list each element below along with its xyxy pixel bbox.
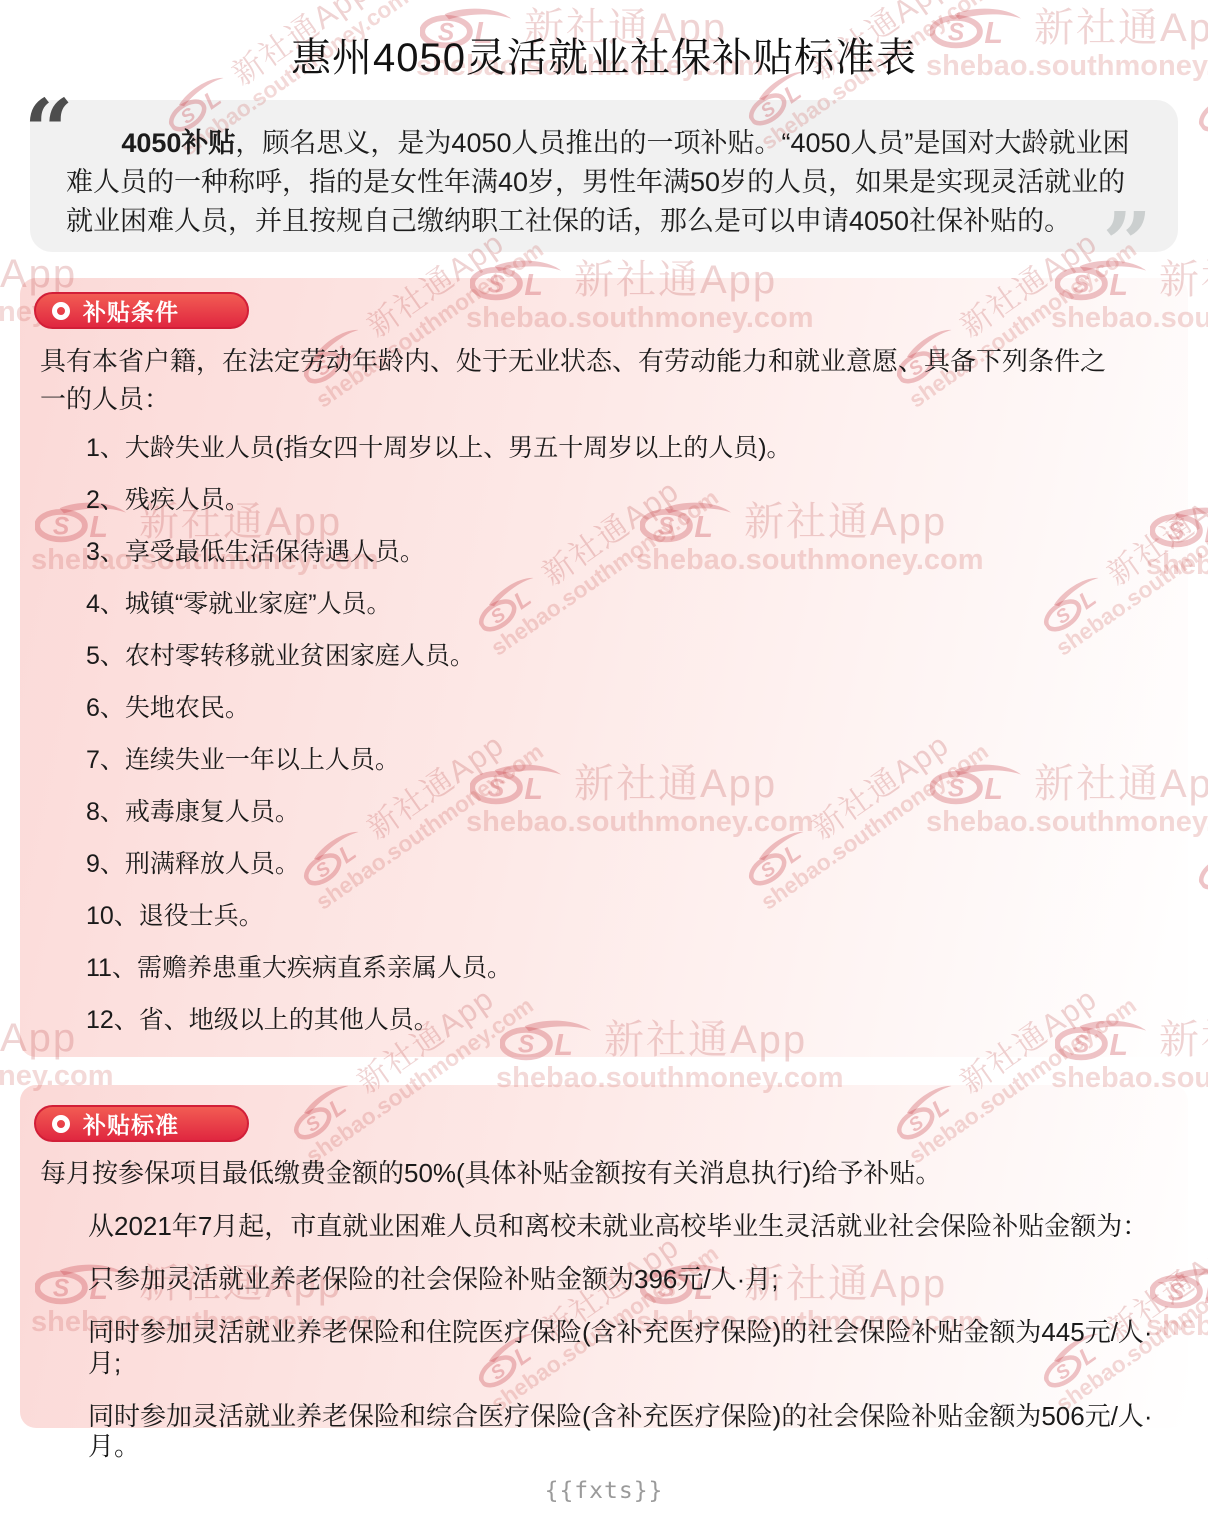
close-quote-icon: ”: [1103, 221, 1152, 268]
conditions-list: 1、大龄失业人员(指女四十周岁以上、男五十周岁以上的人员)。2、残疾人员。3、享…: [34, 434, 1172, 1035]
condition-list-item: 2、残疾人员。: [86, 486, 1172, 515]
condition-list-item: 3、享受最低生活保待遇人员。: [86, 538, 1172, 567]
standard-paragraph: 每月按参保项目最低缴费金额的50%(具体补贴金额按有关消息执行)给予补贴。: [40, 1158, 1172, 1188]
watermark-unit: S L 新社通App shebao.southmoney.com: [1190, 703, 1208, 918]
page: S L 新社通App shebao.southmoney.com S L 新社通…: [0, 0, 1208, 1518]
condition-list-item: 1、大龄失业人员(指女四十周岁以上、男五十周岁以上的人员)。: [86, 434, 1172, 463]
condition-list-item: 11、需赡养患重大疾病直系亲属人员。: [86, 954, 1172, 983]
svg-text:L: L: [1204, 1277, 1208, 1309]
standard-paragraph: 只参加灵活就业养老保险的社会保险补贴金额为396元/人·月;: [88, 1264, 1172, 1294]
watermark-brand-row: S L 新社通App: [1190, 703, 1208, 897]
section-subsidy-conditions: 补贴条件 具有本省户籍，在法定劳动年龄内、处于无业状态、有劳动能力和就业意愿、具…: [20, 278, 1188, 1057]
condition-list-item: 10、退役士兵。: [86, 902, 1172, 931]
standards-badge: 补贴标准: [34, 1105, 249, 1142]
condition-list-item: 4、城镇“零就业家庭”人员。: [86, 590, 1172, 619]
badge-circle-icon: [52, 302, 70, 320]
watermark-unit: S L 新社通App shebao.southmoney.com: [0, 758, 20, 835]
watermark-brand-row: S L 新社通App: [0, 758, 20, 802]
intro-lead-text: 4050补贴: [121, 128, 235, 158]
condition-list-item: 9、刑满释放人员。: [86, 850, 1172, 879]
standards-list: 每月按参保项目最低缴费金额的50%(具体补贴金额按有关消息执行)给予补贴。从20…: [34, 1158, 1172, 1461]
standard-paragraph: 同时参加灵活就业养老保险和综合医疗保险(含补充医疗保险)的社会保险补贴金额为50…: [88, 1401, 1172, 1461]
section-conditions-inner: 补贴条件 具有本省户籍，在法定劳动年龄内、处于无业状态、有劳动能力和就业意愿、具…: [20, 278, 1188, 1035]
standards-badge-label: 补贴标准: [83, 1107, 179, 1140]
footer-placeholder-text: {{fxts}}: [0, 1478, 1208, 1504]
section-subsidy-standards: 补贴标准 每月按参保项目最低缴费金额的50%(具体补贴金额按有关消息执行)给予补…: [20, 1085, 1188, 1428]
condition-list-item: 5、农村零转移就业贫困家庭人员。: [86, 642, 1172, 671]
condition-list-item: 6、失地农民。: [86, 694, 1172, 723]
condition-list-item: 8、戒毒康复人员。: [86, 798, 1172, 827]
standard-paragraph: 从2021年7月起，市直就业困难人员和离校未就业高校毕业生灵活就业社会保险补贴金…: [88, 1211, 1172, 1241]
page-title: 惠州4050灵活就业社保补贴标准表: [0, 0, 1208, 83]
svg-text:L: L: [1204, 516, 1208, 548]
badge-circle-icon: [52, 1115, 70, 1133]
watermark-url-text: shebao.southmoney.com: [0, 803, 20, 835]
conditions-intro-text: 具有本省户籍，在法定劳动年龄内、处于无业状态、有劳动能力和就业意愿、具备下列条件…: [40, 343, 1116, 418]
standard-paragraph: 同时参加灵活就业养老保险和住院医疗保险(含补充医疗保险)的社会保险补贴金额为44…: [88, 1317, 1172, 1377]
brand-logo-icon: S L: [1190, 827, 1208, 896]
conditions-badge-label: 补贴条件: [83, 294, 179, 327]
intro-quote-box: “ 4050补贴，顾名思义，是为4050人员推出的一项补贴。“4050人员”是国…: [30, 100, 1178, 252]
intro-paragraph: 4050补贴，顾名思义，是为4050人员推出的一项补贴。“4050人员”是国对大…: [30, 100, 1178, 241]
condition-list-item: 12、省、地级以上的其他人员。: [86, 1006, 1172, 1035]
conditions-badge: 补贴条件: [34, 292, 249, 329]
condition-list-item: 7、连续失业一年以上人员。: [86, 746, 1172, 775]
section-standards-inner: 补贴标准 每月按参保项目最低缴费金额的50%(具体补贴金额按有关消息执行)给予补…: [20, 1085, 1188, 1461]
